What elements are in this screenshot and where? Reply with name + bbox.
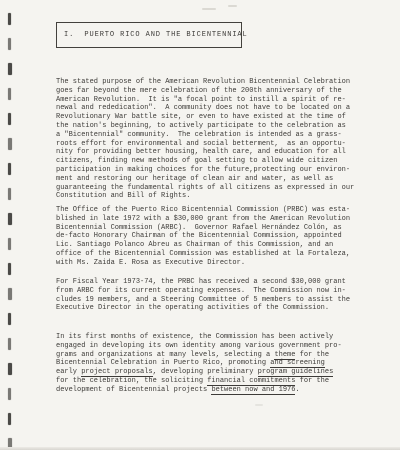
text-segment: For Fiscal Year 1973-74, the PRBC has re… bbox=[56, 278, 346, 286]
text-segment: nity for providing better housing, healt… bbox=[56, 148, 346, 156]
text-segment: . bbox=[295, 386, 299, 394]
underlined-text: and screening bbox=[270, 359, 325, 368]
text-line: nity for providing better housing, healt… bbox=[56, 148, 361, 157]
text-line: development of Bicentennial projects bet… bbox=[56, 386, 361, 395]
text-segment: roots effort for environmental and socia… bbox=[56, 140, 346, 148]
scanned-document-page: I. PUERTO RICO AND THE BICENTENNIAL The … bbox=[0, 0, 400, 450]
text-segment: Bicentennial Commission (ARBC). Governor… bbox=[56, 224, 342, 232]
paragraph: In its first months of existence, the Co… bbox=[56, 333, 361, 395]
binding-hole bbox=[8, 38, 11, 50]
underlined-text: between now and 1976 bbox=[211, 386, 295, 395]
text-segment: The stated purpose of the American Revol… bbox=[56, 78, 350, 86]
binding-hole bbox=[8, 313, 11, 325]
text-line: with Ms. Zaida E. Rosa as Executive Dire… bbox=[56, 259, 361, 268]
text-segment: for the bbox=[295, 377, 329, 385]
text-line: Constitution and Bill of Rights. bbox=[56, 192, 361, 201]
binding-hole bbox=[8, 388, 11, 400]
section-title: I. PUERTO RICO AND THE BICENTENNIAL bbox=[57, 31, 248, 39]
text-line: guaranteeing the fundamental rights of a… bbox=[56, 184, 361, 193]
binding-hole bbox=[8, 88, 11, 100]
text-line: ment and restoring our heritage of clean… bbox=[56, 175, 361, 184]
text-segment: early bbox=[56, 368, 81, 376]
text-line: The Office of the Puerto Rico Bicentenni… bbox=[56, 206, 361, 215]
scan-smudge bbox=[202, 8, 216, 10]
text-line: Bicentennial Celebration in Puerto Rico,… bbox=[56, 359, 361, 368]
binding-hole bbox=[8, 413, 11, 425]
text-segment: with Ms. Zaida E. Rosa as Executive Dire… bbox=[56, 259, 245, 267]
text-line: American Revolution. It is "a focal poin… bbox=[56, 96, 361, 105]
binding-hole bbox=[8, 338, 11, 350]
text-line: engaged in developing its own identity a… bbox=[56, 342, 361, 351]
text-segment: Lic. Santiago Polanco Abreu as Chairman … bbox=[56, 241, 333, 249]
binding-hole bbox=[8, 113, 11, 125]
text-line: from ARBC for its current operating expe… bbox=[56, 287, 361, 296]
text-segment: for the bbox=[295, 351, 329, 359]
text-line: goes far beyond the mere celebration of … bbox=[56, 87, 361, 96]
scan-smudge bbox=[255, 404, 263, 406]
text-segment: Constitution and Bill of Rights. bbox=[56, 192, 190, 200]
text-line: citizens, finding new methods of goal se… bbox=[56, 157, 361, 166]
text-line: In its first months of existence, the Co… bbox=[56, 333, 361, 342]
text-segment: from ARBC for its current operating expe… bbox=[56, 287, 346, 295]
text-segment: ment and restoring our heritage of clean… bbox=[56, 175, 333, 183]
text-segment: office of the Bicentennial Commission wa… bbox=[56, 250, 350, 258]
binding-hole bbox=[8, 213, 12, 225]
text-segment: newal and rededication". A community doe… bbox=[56, 104, 350, 112]
underlined-text: theme bbox=[274, 351, 295, 360]
text-segment: In its first months of existence, the Co… bbox=[56, 333, 333, 341]
text-line: blished in late 1972 with a $30,000 gran… bbox=[56, 215, 361, 224]
text-segment: for the celebration, the soliciting bbox=[56, 377, 207, 385]
binding-hole bbox=[8, 238, 11, 250]
scan-smudge bbox=[228, 5, 237, 7]
text-segment: de-facto Honorary Chairman of the Bicent… bbox=[56, 232, 342, 240]
text-line: For Fiscal Year 1973-74, the PRBC has re… bbox=[56, 278, 361, 287]
text-line: grams and organizations at many levels, … bbox=[56, 351, 361, 360]
text-segment: Revolutionary War battle site, or even t… bbox=[56, 113, 346, 121]
paragraph: The stated purpose of the American Revol… bbox=[56, 78, 361, 201]
text-segment: The Office of the Puerto Rico Bicentenni… bbox=[56, 206, 350, 214]
text-segment: blished in late 1972 with a $30,000 gran… bbox=[56, 215, 350, 223]
binding-hole bbox=[8, 363, 12, 375]
text-segment: American Revolution. It is "a focal poin… bbox=[56, 96, 346, 104]
text-line: newal and rededication". A community doe… bbox=[56, 104, 361, 113]
text-segment: guaranteeing the fundamental rights of a… bbox=[56, 184, 354, 192]
text-line: Executive Director in the operating acti… bbox=[56, 304, 361, 313]
text-segment: development of Bicentennial projects bbox=[56, 386, 211, 394]
text-segment: citizens, finding new methods of goal se… bbox=[56, 157, 337, 165]
text-segment: grams and organizations at many levels, … bbox=[56, 351, 274, 359]
text-line: office of the Bicentennial Commission wa… bbox=[56, 250, 361, 259]
underlined-text: financial commitments bbox=[207, 377, 295, 386]
binding-hole bbox=[8, 63, 12, 75]
binding-hole bbox=[8, 288, 12, 300]
underlined-text: project proposals bbox=[81, 368, 152, 377]
text-line: Bicentennial Commission (ARBC). Governor… bbox=[56, 224, 361, 233]
binding-hole bbox=[8, 263, 11, 275]
binding-hole bbox=[8, 163, 11, 175]
paragraph: The Office of the Puerto Rico Bicentenni… bbox=[56, 206, 361, 268]
underlined-text: program guidelines bbox=[258, 368, 334, 377]
text-segment: the nation's beginning, to actively part… bbox=[56, 122, 346, 130]
binding-hole bbox=[8, 188, 11, 200]
text-line: Lic. Santiago Polanco Abreu as Chairman … bbox=[56, 241, 361, 250]
text-line: roots effort for environmental and socia… bbox=[56, 140, 361, 149]
text-line: The stated purpose of the American Revol… bbox=[56, 78, 361, 87]
text-line: for the celebration, the soliciting fina… bbox=[56, 377, 361, 386]
text-segment: cludes 19 members, and a Steering Commit… bbox=[56, 296, 350, 304]
text-line: de-facto Honorary Chairman of the Bicent… bbox=[56, 232, 361, 241]
text-segment: a "Bicentennial" community. The celebrat… bbox=[56, 131, 342, 139]
text-segment: , developing preliminary bbox=[153, 368, 258, 376]
text-segment: Executive Director in the operating acti… bbox=[56, 304, 329, 312]
text-line: Revolutionary War battle site, or even t… bbox=[56, 113, 361, 122]
binding-hole bbox=[8, 13, 11, 25]
text-line: a "Bicentennial" community. The celebrat… bbox=[56, 131, 361, 140]
text-line: participation in making choices for the … bbox=[56, 166, 361, 175]
binding-hole bbox=[8, 138, 12, 150]
text-segment: participation in making choices for the … bbox=[56, 166, 350, 174]
text-segment: goes far beyond the mere celebration of … bbox=[56, 87, 342, 95]
text-line: the nation's beginning, to actively part… bbox=[56, 122, 361, 131]
text-segment: Bicentennial Celebration in Puerto Rico,… bbox=[56, 359, 270, 367]
section-title-box: I. PUERTO RICO AND THE BICENTENNIAL bbox=[56, 22, 242, 48]
text-line: cludes 19 members, and a Steering Commit… bbox=[56, 296, 361, 305]
text-line: early project proposals, developing prel… bbox=[56, 368, 361, 377]
paragraph: For Fiscal Year 1973-74, the PRBC has re… bbox=[56, 278, 361, 313]
text-segment: engaged in developing its own identity a… bbox=[56, 342, 342, 350]
